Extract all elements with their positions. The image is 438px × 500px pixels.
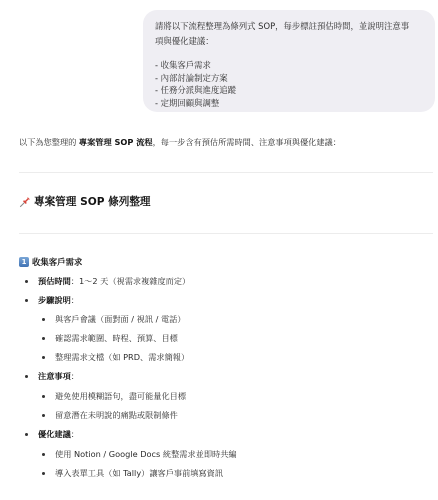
list-item: 避免使用模糊語句，盡可能量化目標: [42, 391, 186, 402]
user-message-line: 項與優化建議：: [155, 34, 425, 49]
bullet-icon: [42, 356, 45, 359]
user-message-list-item: - 定期回顧與調整: [155, 97, 425, 110]
section-heading: 專案管理 SOP 條列整理: [19, 194, 151, 209]
list-item: 整理需求文檔（如 PRD、需求簡報）: [42, 352, 189, 363]
list-item: 確認需求範圍、時程、預算、目標: [42, 333, 178, 344]
bullet-icon: [42, 453, 45, 456]
list-item-text: 與客戶會議（面對面 / 視訊 / 電話）: [55, 314, 186, 325]
list-item: 與客戶會議（面對面 / 視訊 / 電話）: [42, 314, 186, 325]
notes-label: 注意事項: [38, 371, 71, 382]
bullet-icon: [42, 414, 45, 417]
step-title-text: 收集客戶需求: [32, 256, 82, 268]
steps-heading-item: 步驟說明：: [25, 295, 79, 306]
estimated-time-label: 預估時間: [38, 276, 71, 287]
divider: [19, 233, 433, 234]
bullet-icon: [25, 433, 28, 436]
bullet-icon: [42, 337, 45, 340]
user-message-list-item: - 任務分派與進度追蹤: [155, 84, 425, 97]
steps-colon: ：: [71, 295, 79, 306]
user-message-list-item: - 內部討論制定方案: [155, 72, 425, 85]
bullet-icon: [25, 375, 28, 378]
intro-prefix: 以下為您整理的: [19, 137, 79, 147]
list-item-text: 避免使用模糊語句，盡可能量化目標: [55, 391, 186, 402]
optimization-label: 優化建議: [38, 429, 71, 440]
intro-bold: 專案管理 SOP 流程: [79, 137, 153, 147]
step-heading: 1 收集客戶需求: [19, 256, 82, 268]
keycap-1-icon: 1: [19, 257, 29, 267]
user-message-list-item: - 收集客戶需求: [155, 59, 425, 72]
list-item-text: 使用 Notion / Google Docs 統整需求並即時共編: [55, 449, 237, 460]
list-item: 使用 Notion / Google Docs 統整需求並即時共編: [42, 449, 237, 460]
estimated-time-item: 預估時間：1～2 天（視需求複雜度而定）: [25, 276, 190, 287]
list-item-text: 確認需求範圍、時程、預算、目標: [55, 333, 178, 344]
assistant-intro: 以下為您整理的 專案管理 SOP 流程，每一步含有預估所需時間、注意事項與優化建…: [19, 137, 341, 148]
divider: [19, 172, 433, 173]
user-message-line: 請將以下流程整理為條列式 SOP，每步標註預估時間，並說明注意事: [155, 19, 425, 34]
list-item: 導入表單工具（如 Tally）讓客戶事前填寫資訊: [42, 468, 223, 479]
list-item: 留意潛在未明說的痛點或限制條件: [42, 410, 178, 421]
notes-colon: ：: [71, 371, 79, 382]
bullet-icon: [42, 395, 45, 398]
notes-heading-item: 注意事項：: [25, 371, 79, 382]
bullet-icon: [25, 299, 28, 302]
bullet-icon: [25, 280, 28, 283]
bullet-icon: [42, 318, 45, 321]
list-item-text: 留意潛在未明說的痛點或限制條件: [55, 410, 178, 421]
steps-label: 步驟說明: [38, 295, 71, 306]
optimization-heading-item: 優化建議：: [25, 429, 79, 440]
estimated-time-value: ：1～2 天（視需求複雜度而定）: [71, 276, 190, 287]
bullet-icon: [42, 472, 45, 475]
list-item-text: 整理需求文檔（如 PRD、需求簡報）: [55, 352, 189, 363]
list-item-text: 導入表單工具（如 Tally）讓客戶事前填寫資訊: [55, 468, 223, 479]
intro-suffix: ，每一步含有預估所需時間、注意事項與優化建議：: [153, 137, 341, 147]
user-message-bubble: 請將以下流程整理為條列式 SOP，每步標註預估時間，並說明注意事 項與優化建議：…: [143, 10, 435, 112]
pushpin-icon: [19, 196, 31, 208]
optimization-colon: ：: [71, 429, 79, 440]
section-title-text: 專案管理 SOP 條列整理: [34, 194, 151, 209]
